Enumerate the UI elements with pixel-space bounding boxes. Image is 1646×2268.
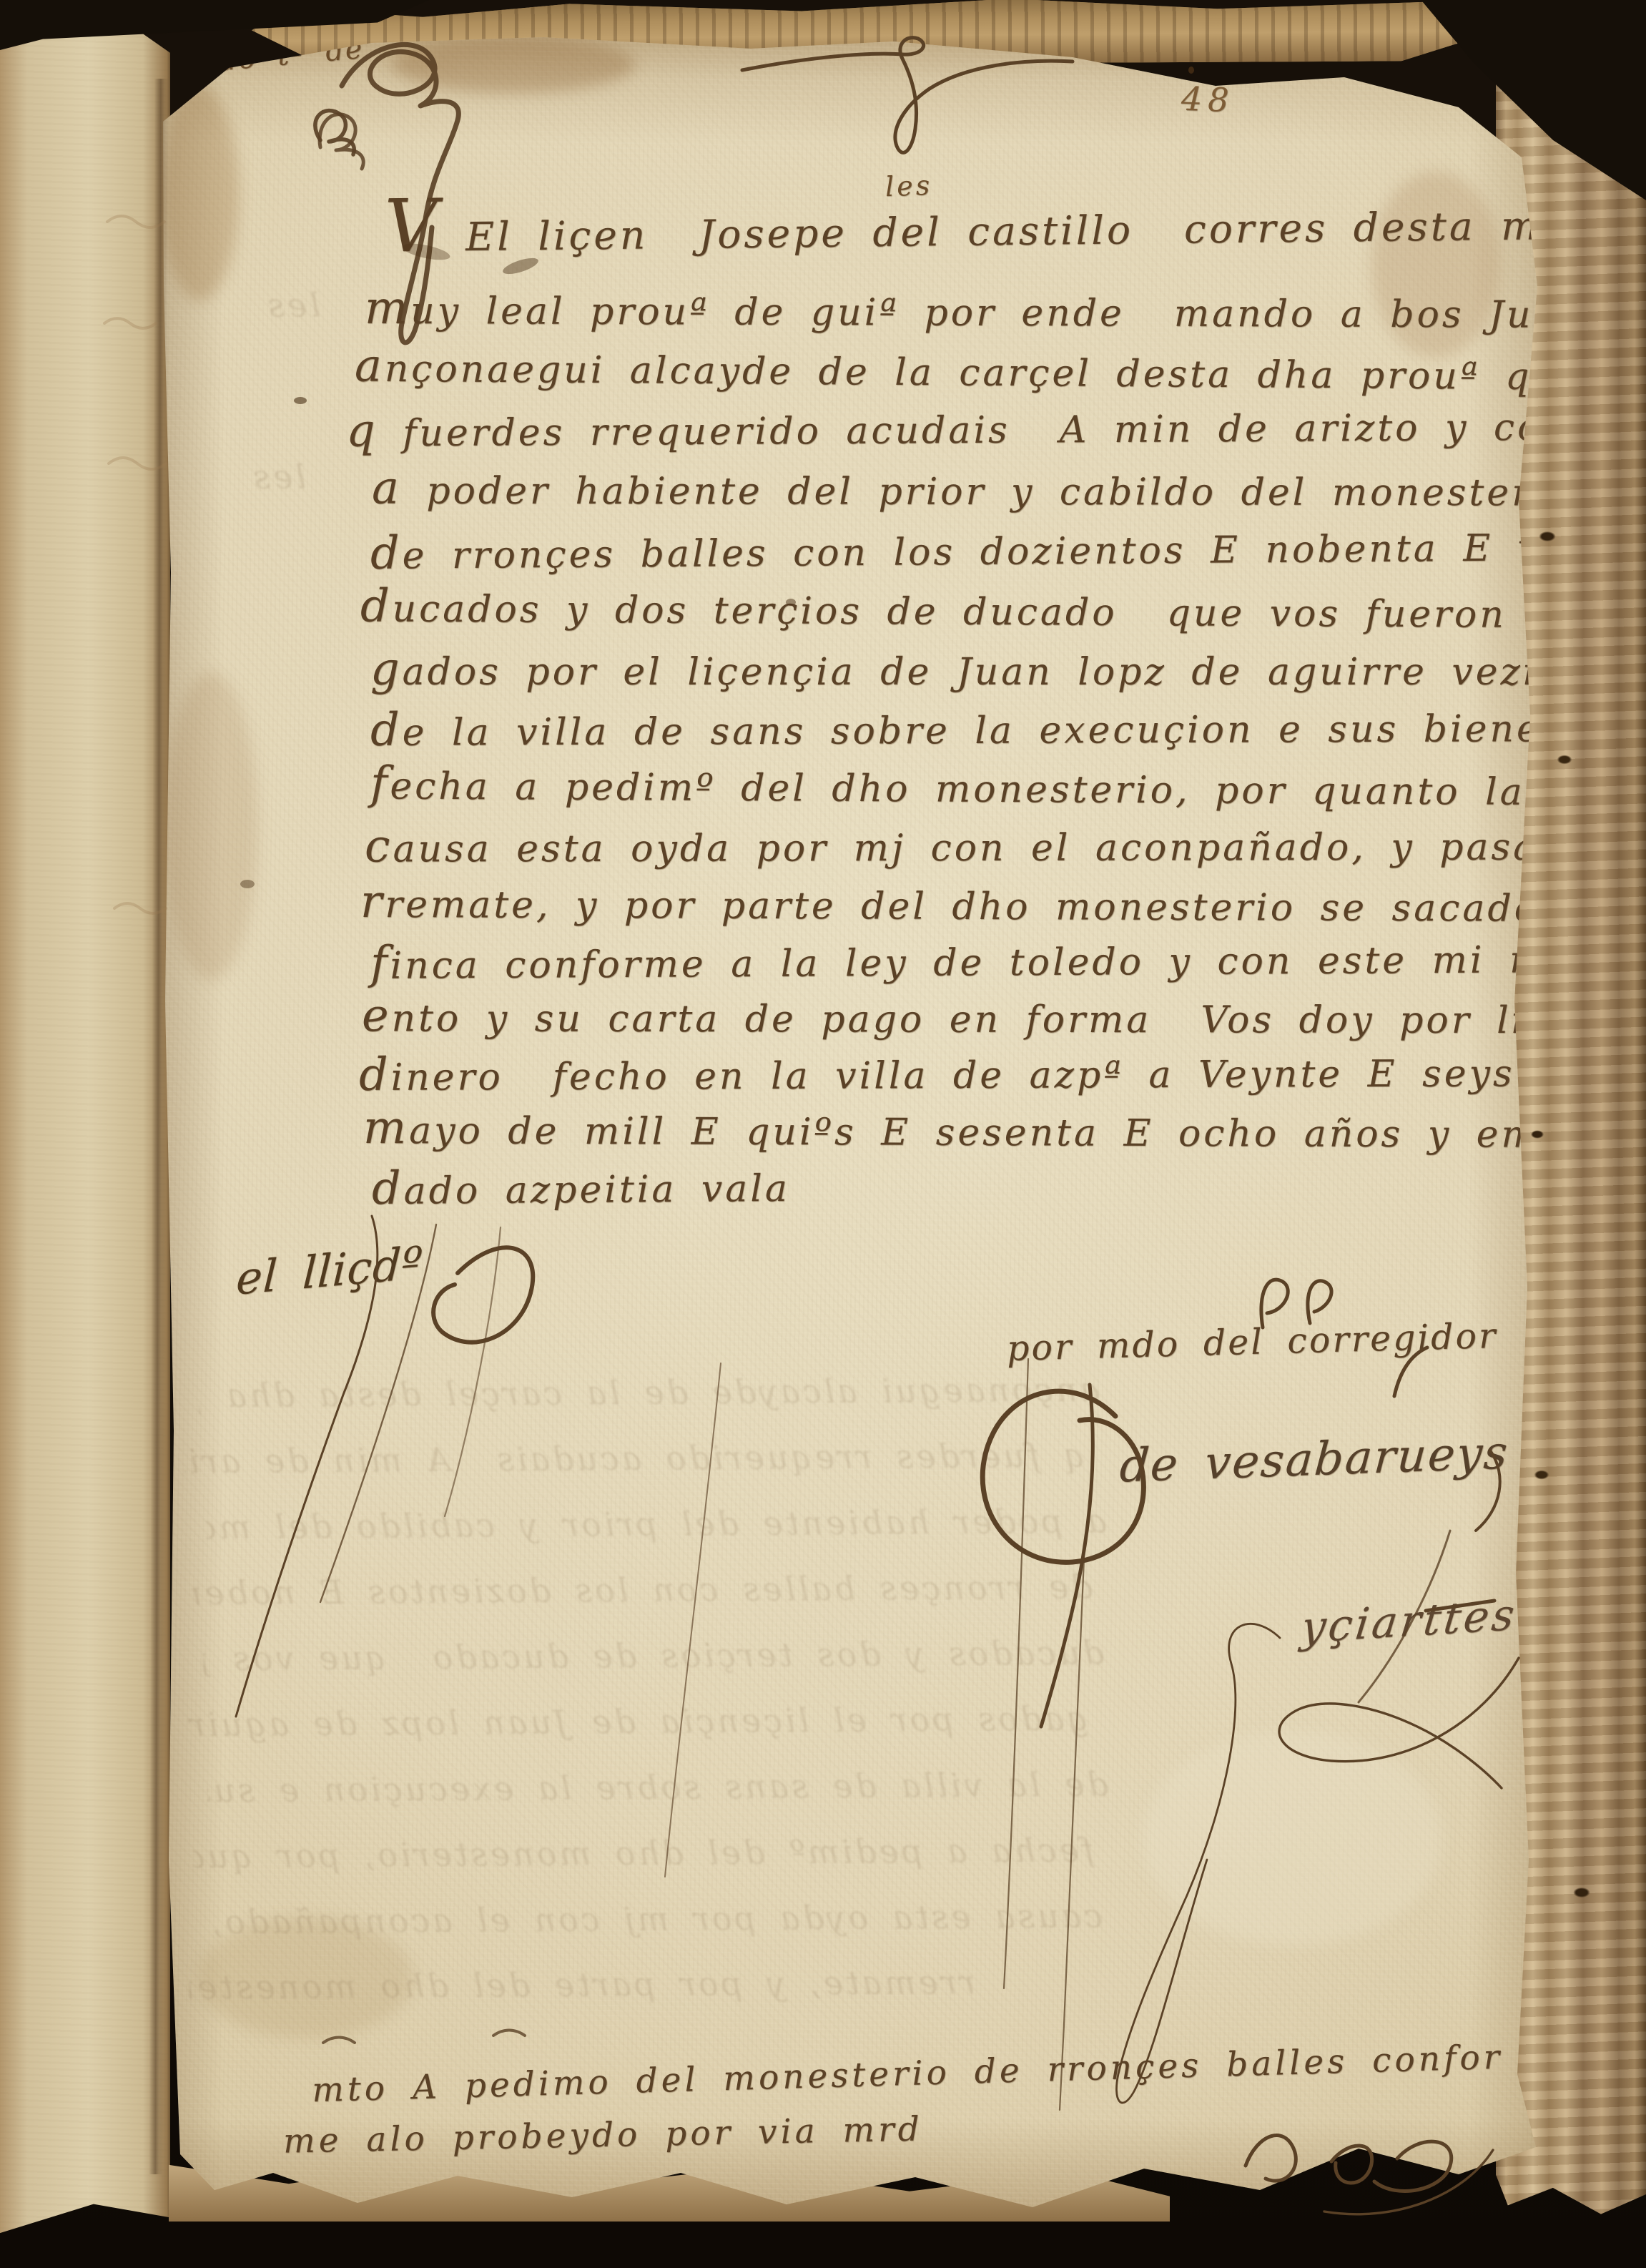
manuscript-line: dado azpeitia vala <box>372 1159 790 1214</box>
bleedthrough-text: de rronçes balles con los dozientos E no… <box>192 1568 1093 1613</box>
bleedthrough-text: les <box>213 285 320 325</box>
manuscript-line: de la villa de sans sobre la execuçion e… <box>370 699 1564 756</box>
manuscript-line: rremate, y por parte del dho monesterio … <box>360 875 1604 932</box>
manuscript-line: ento y su carta de pago en forma Vos doy… <box>362 988 1646 1044</box>
scribe-signature-primary: de vesabarueys <box>1118 1426 1511 1493</box>
attestation-line: por mdo del corregidor <box>1006 1315 1498 1369</box>
manuscript-line: finca conforme a la ley de toledo y con … <box>370 929 1646 989</box>
manuscript-line: mayo de mill E quiºs E sesenta E ocho añ… <box>363 1101 1591 1158</box>
manuscript-line: a poder habiente del prior y cabildo del… <box>372 461 1572 516</box>
manuscript-line: ducados y dos terçios de ducado que vos … <box>360 579 1604 638</box>
manuscript-line: dinero fecho en la villa de azpª a Veynt… <box>359 1044 1591 1101</box>
paper-stain <box>1143 1731 1443 1945</box>
bleedthrough-text: de la villa de sans sobre la execuçion e… <box>207 1765 1108 1810</box>
bleedthrough-text: gados por el liçençia de Juan lopz de ag… <box>187 1699 1088 1744</box>
manuscript-line: gados por el liçençia de Juan lopz de ag… <box>370 642 1590 695</box>
corregidor-signature: el lliçdº <box>235 1236 425 1305</box>
paper-stain <box>392 36 635 93</box>
manuscript-page: dado tº de 48 les V El liçen Josepe del … <box>156 29 1554 2219</box>
manuscript-photo: dado tº de 48 les V El liçen Josepe del … <box>0 0 1646 2268</box>
scribe-signature-secondary: yçiarttes <box>1298 1589 1519 1653</box>
paper-stain <box>164 672 257 980</box>
manuscript-line: q fuerdes rrequerido acudais A min de ar… <box>346 397 1606 456</box>
manuscript-line: ançonaegui alcayde de la carçel desta dh… <box>355 339 1646 401</box>
folio-number: 48 <box>1181 79 1235 120</box>
bleedthrough-text: ducados y dos terçios de ducado que vos … <box>203 1634 1104 1679</box>
manuscript-line: V El liçen Josepe del castillo corres de… <box>385 190 1646 261</box>
bleedthrough-text: les <box>199 457 306 496</box>
manuscript-line: fecha a pedimº del dho monesterio, por q… <box>370 756 1628 815</box>
manuscript-line: causa esta oyda por mj con el aconpañado… <box>365 818 1590 873</box>
bleedthrough-text: fecha a pedimº del dho monesterio, por q… <box>193 1831 1094 1876</box>
bleedthrough-text: rremate, y por parte del dho monesterio … <box>189 1963 975 2007</box>
manuscript-line: de rronçes balles con los dozientos E no… <box>370 518 1569 579</box>
bleedthrough-text: causa esta oyda por mj con el aconpañado… <box>202 1897 1103 1942</box>
manuscript-line: muy leal prouª de guiª por ende mando a … <box>365 281 1646 338</box>
footer-note-line: me alo probeydo por via mrd <box>283 2109 924 2161</box>
underlying-page-edge <box>0 17 170 2249</box>
interlinear-note: les <box>884 170 933 202</box>
bleedthrough-text: q fuerdes rrequerido acudais A min de ar… <box>184 1436 1085 1481</box>
bleedthrough-text: ançonaegui alcayde de la carçel desta dh… <box>199 1370 1100 1415</box>
paper-stain <box>160 86 239 300</box>
bleedthrough-text: a poder habiente del prior y cabildo del… <box>206 1502 1107 1547</box>
footer-note-line: mto A pedimo del monesterio de rronçes b… <box>312 2038 1504 2111</box>
